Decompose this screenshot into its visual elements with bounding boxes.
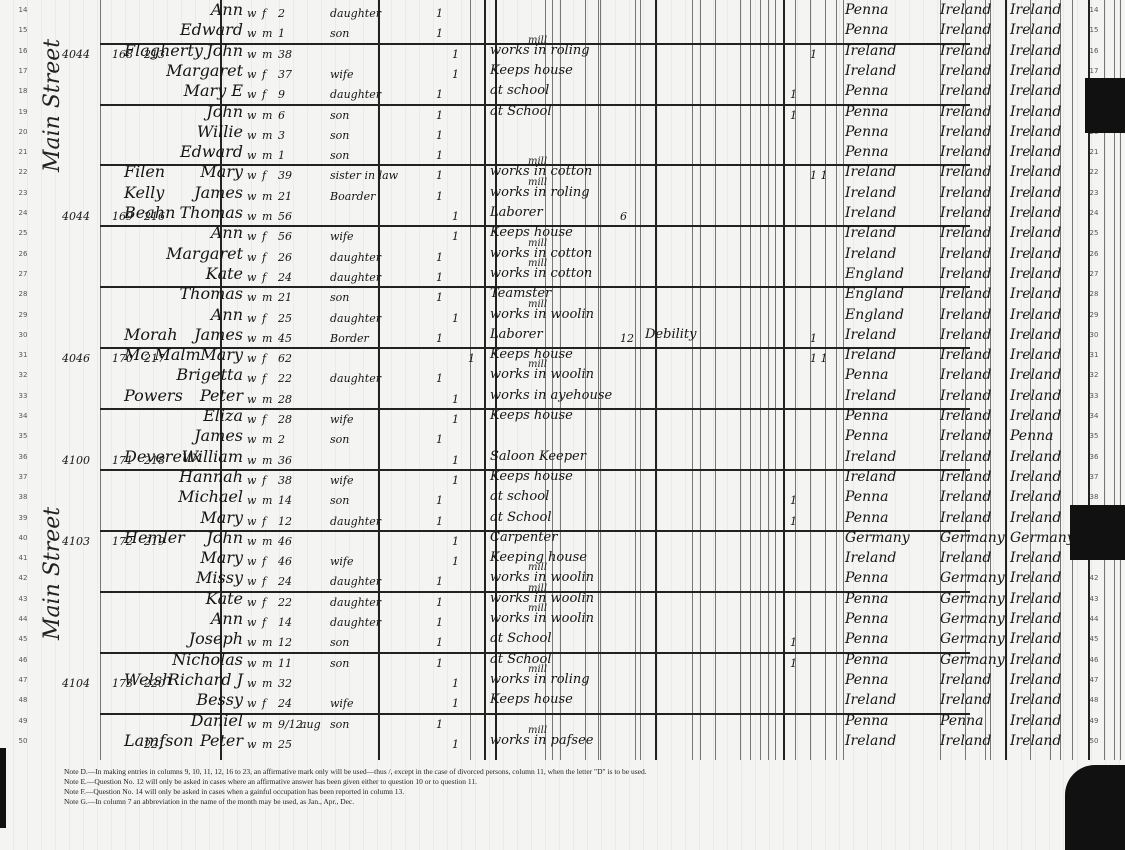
occupation: at school	[490, 81, 549, 101]
dwelling-number: 4046	[62, 349, 90, 369]
father-birthplace: Ireland	[940, 426, 991, 446]
occupation-annotation: mill	[528, 238, 547, 249]
birthplace: Penna	[845, 609, 888, 629]
single-mark: 1	[436, 187, 443, 207]
line-number: 44	[1083, 615, 1105, 623]
line-number: 25	[12, 229, 34, 237]
relation-to-head: son	[330, 106, 349, 126]
occupation-annotation: mill	[528, 562, 547, 573]
mother-birthplace: Ireland	[1010, 162, 1061, 182]
color: w	[247, 715, 256, 735]
age: 39	[278, 166, 292, 186]
relation-to-head: daughter	[330, 309, 381, 329]
father-birthplace: Germany	[940, 629, 1005, 649]
age: 62	[278, 349, 292, 369]
line-number: 16	[1083, 47, 1105, 55]
single-mark: 1	[436, 633, 443, 653]
grid-vertical-rule	[715, 0, 716, 760]
sex: m	[262, 187, 272, 207]
grid-vertical-rule	[843, 0, 844, 760]
birthplace: Penna	[845, 508, 888, 528]
color: w	[247, 430, 256, 450]
married-mark: 1	[452, 532, 459, 552]
line-number: 21	[1083, 148, 1105, 156]
birthplace: Penna	[845, 670, 888, 690]
relation-to-head: son	[330, 24, 349, 44]
occupation: Keeps house	[490, 690, 573, 710]
single-mark: 1	[436, 329, 443, 349]
mother-birthplace: Ireland	[1010, 0, 1061, 20]
birthplace: Germany	[845, 528, 910, 548]
birthplace: Ireland	[845, 548, 896, 568]
father-birthplace: Ireland	[940, 264, 991, 284]
given-name: Nicholas	[172, 650, 243, 670]
mother-birthplace: Ireland	[1010, 609, 1061, 629]
sex: f	[262, 349, 266, 369]
census-sheet: 1414Annwf2daughter1PennaIrelandIreland15…	[0, 0, 1125, 850]
father-birthplace: Ireland	[940, 508, 991, 528]
birthplace: Ireland	[845, 386, 896, 406]
given-name: Brigetta	[176, 365, 243, 385]
mother-birthplace: Ireland	[1010, 447, 1061, 467]
father-birthplace: Ireland	[940, 670, 991, 690]
relation-to-head: daughter	[330, 369, 381, 389]
line-number: 45	[1083, 635, 1105, 643]
birthplace: Ireland	[845, 223, 896, 243]
line-number: 36	[12, 453, 34, 461]
school-mark: 1	[790, 633, 797, 653]
father-birthplace: Germany	[940, 650, 1005, 670]
misc-mark: 1	[810, 45, 817, 65]
father-birthplace: Ireland	[940, 122, 991, 142]
grid-vertical-rule	[640, 0, 641, 760]
relation-to-head: son	[330, 715, 349, 735]
mother-birthplace: Ireland	[1010, 548, 1061, 568]
surname: Morah	[124, 325, 178, 345]
school-mark: 1	[790, 85, 797, 105]
given-name: Eliza	[203, 406, 243, 426]
line-number: 37	[1083, 473, 1105, 481]
line-number: 42	[1083, 574, 1105, 582]
age: 56	[278, 207, 292, 227]
birthplace: Penna	[845, 406, 888, 426]
age: 24	[278, 694, 292, 714]
line-number: 30	[12, 331, 34, 339]
sex: f	[262, 512, 266, 532]
given-name: Mary	[200, 508, 243, 528]
color: w	[247, 166, 256, 186]
sex: f	[262, 166, 266, 186]
dwelling-number: 4044	[62, 45, 90, 65]
age: 9	[278, 85, 285, 105]
sex: m	[262, 633, 272, 653]
occupation-annotation: mill	[528, 258, 547, 269]
sex: m	[262, 674, 272, 694]
mother-birthplace: Ireland	[1010, 223, 1061, 243]
color: w	[247, 146, 256, 166]
line-number: 49	[1083, 717, 1105, 725]
occupation: Saloon Keeper	[490, 447, 586, 467]
age: 2	[278, 430, 285, 450]
line-number: 14	[12, 6, 34, 14]
mother-birthplace: Ireland	[1010, 102, 1061, 122]
given-name: Ann	[211, 609, 243, 629]
married-mark: 1	[452, 390, 459, 410]
birthplace: Penna	[845, 589, 888, 609]
line-number: 44	[12, 615, 34, 623]
sex: m	[262, 491, 272, 511]
given-name: John	[206, 528, 243, 548]
line-number: 24	[12, 209, 34, 217]
age: 9/12	[278, 715, 303, 735]
given-name: Peter	[200, 386, 243, 406]
relation-to-head: daughter	[330, 593, 381, 613]
grid-vertical-rule	[740, 0, 741, 760]
mother-birthplace: Ireland	[1010, 122, 1061, 142]
color: w	[247, 24, 256, 44]
given-name: Richard J	[168, 670, 243, 690]
line-number: 28	[1083, 290, 1105, 298]
page-edge-shadow	[0, 748, 6, 828]
sex: m	[262, 715, 272, 735]
age: 24	[278, 268, 292, 288]
given-name: Ann	[211, 305, 243, 325]
line-number: 40	[12, 534, 34, 542]
line-number: 31	[1083, 351, 1105, 359]
relation-to-head: son	[330, 633, 349, 653]
sex: f	[262, 65, 266, 85]
line-number: 38	[1083, 493, 1105, 501]
age: 1	[278, 24, 285, 44]
line-number: 15	[12, 26, 34, 34]
grid-vertical-rule	[655, 0, 657, 760]
age: 12	[278, 633, 292, 653]
misc-mark: 1 1	[810, 349, 828, 369]
surname: Lamfson	[124, 731, 193, 751]
birthplace: Penna	[845, 20, 888, 40]
sex: m	[262, 288, 272, 308]
relation-to-head: wife	[330, 410, 354, 430]
line-number: 22	[1083, 168, 1105, 176]
birthplace: Ireland	[845, 183, 896, 203]
line-number: 17	[1083, 67, 1105, 75]
sex: m	[262, 532, 272, 552]
color: w	[247, 309, 256, 329]
given-name: Bessy	[196, 690, 243, 710]
mother-birthplace: Ireland	[1010, 345, 1061, 365]
birthplace: Penna	[845, 568, 888, 588]
age: 21	[278, 187, 292, 207]
line-number: 16	[12, 47, 34, 55]
mother-birthplace: Ireland	[1010, 690, 1061, 710]
age: 1	[278, 146, 285, 166]
relation-to-head: son	[330, 491, 349, 511]
occupation-annotation: mill	[528, 359, 547, 370]
line-number: 24	[1083, 209, 1105, 217]
note-d: Note D.—In making entries in columns 9, …	[64, 767, 964, 777]
line-number: 43	[1083, 595, 1105, 603]
mother-birthplace: Ireland	[1010, 142, 1061, 162]
line-number: 31	[12, 351, 34, 359]
grid-vertical-rule	[484, 0, 486, 760]
sex: f	[262, 268, 266, 288]
birthplace: Ireland	[845, 690, 896, 710]
line-number: 37	[12, 473, 34, 481]
line-number: 33	[1083, 392, 1105, 400]
father-birthplace: Ireland	[940, 142, 991, 162]
married-mark: 1	[452, 451, 459, 471]
relation-to-head: wife	[330, 694, 354, 714]
sex: m	[262, 24, 272, 44]
single-mark: 1	[436, 126, 443, 146]
sex: f	[262, 572, 266, 592]
father-birthplace: Ireland	[940, 81, 991, 101]
relation-to-head: daughter	[330, 4, 381, 24]
color: w	[247, 45, 256, 65]
single-mark: 1	[436, 268, 443, 288]
line-number: 30	[1083, 331, 1105, 339]
color: w	[247, 227, 256, 247]
birthplace: Penna	[845, 0, 888, 20]
relation-to-head: wife	[330, 471, 354, 491]
age: 26	[278, 248, 292, 268]
mother-birthplace: Ireland	[1010, 20, 1061, 40]
line-number: 39	[12, 514, 34, 522]
father-birthplace: Ireland	[940, 447, 991, 467]
misc-mark: 1	[810, 329, 817, 349]
age: 24	[278, 572, 292, 592]
sex: m	[262, 451, 272, 471]
grid-vertical-rule	[692, 0, 693, 760]
birthplace: Penna	[845, 711, 888, 731]
line-number: 48	[12, 696, 34, 704]
color: w	[247, 4, 256, 24]
surname: Hemler	[124, 528, 185, 548]
father-birthplace: Ireland	[940, 0, 991, 20]
line-number: 32	[1083, 371, 1105, 379]
surname: Kelly	[124, 183, 164, 203]
note-g: Note G.—In column 7 an abbreviation in t…	[64, 797, 964, 807]
age: 2	[278, 4, 285, 24]
color: w	[247, 207, 256, 227]
school-mark: 1	[790, 491, 797, 511]
sex: f	[262, 694, 266, 714]
father-birthplace: Germany	[940, 589, 1005, 609]
father-birthplace: Ireland	[940, 345, 991, 365]
color: w	[247, 654, 256, 674]
father-birthplace: Ireland	[940, 467, 991, 487]
misc-mark: 1 1	[810, 166, 828, 186]
given-name: Kate	[206, 264, 243, 284]
mother-birthplace: Ireland	[1010, 325, 1061, 345]
age: 28	[278, 390, 292, 410]
page-edge-shadow	[1065, 765, 1125, 850]
single-mark: 1	[436, 430, 443, 450]
occupation: at School	[490, 508, 551, 528]
line-number: 32	[12, 371, 34, 379]
occupation-annotation: mill	[528, 177, 547, 188]
occupation: works in ayehouse	[490, 386, 612, 406]
street-label-top: Main Street	[40, 39, 65, 172]
color: w	[247, 187, 256, 207]
married-mark: 1	[452, 309, 459, 329]
line-number: 21	[12, 148, 34, 156]
relation-to-head: daughter	[330, 613, 381, 633]
mother-birthplace: Ireland	[1010, 670, 1061, 690]
age: 32	[278, 674, 292, 694]
married-mark: 1	[452, 552, 459, 572]
age: 56	[278, 227, 292, 247]
occupation-annotation: mill	[528, 664, 547, 675]
mother-birthplace: Ireland	[1010, 731, 1061, 751]
mother-birthplace: Ireland	[1010, 467, 1061, 487]
grid-vertical-rule	[598, 0, 599, 760]
father-birthplace: Ireland	[940, 223, 991, 243]
grid-vertical-rule	[825, 0, 826, 760]
grid-vertical-rule	[635, 0, 636, 760]
age: 45	[278, 329, 292, 349]
father-birthplace: Germany	[940, 568, 1005, 588]
age: 36	[278, 451, 292, 471]
given-name: Daniel	[191, 711, 243, 731]
given-name: Joseph	[189, 629, 243, 649]
dwelling-number: 4103	[62, 532, 90, 552]
age: 28	[278, 410, 292, 430]
line-number: 22	[12, 168, 34, 176]
birthplace: Ireland	[845, 467, 896, 487]
widowed-mark: 1	[468, 349, 475, 369]
birthplace: Penna	[845, 122, 888, 142]
line-number: 47	[1083, 676, 1105, 684]
color: w	[247, 735, 256, 755]
relation-to-head: son	[330, 288, 349, 308]
age: 25	[278, 735, 292, 755]
birthplace: Penna	[845, 81, 888, 101]
color: w	[247, 410, 256, 430]
mother-birthplace: Ireland	[1010, 305, 1061, 325]
line-number: 47	[12, 676, 34, 684]
mother-birthplace: Ireland	[1010, 711, 1061, 731]
given-name: Kate	[206, 589, 243, 609]
father-birthplace: Penna	[940, 711, 983, 731]
color: w	[247, 106, 256, 126]
given-name: John	[206, 102, 243, 122]
sex: m	[262, 735, 272, 755]
grid-vertical-rule	[836, 0, 837, 760]
line-number: 23	[12, 189, 34, 197]
single-mark: 1	[436, 512, 443, 532]
mother-birthplace: Ireland	[1010, 406, 1061, 426]
birthplace: Ireland	[845, 731, 896, 751]
given-name: Ann	[211, 223, 243, 243]
line-number: 34	[12, 412, 34, 420]
single-mark: 1	[436, 613, 443, 633]
dwelling-number: 4044	[62, 207, 90, 227]
relation-to-head: son	[330, 654, 349, 674]
sex: f	[262, 227, 266, 247]
single-mark: 1	[436, 106, 443, 126]
age: 3	[278, 126, 285, 146]
grid-vertical-rule	[768, 0, 769, 760]
father-birthplace: Ireland	[940, 41, 991, 61]
occupation-annotation: mill	[528, 603, 547, 614]
father-birthplace: Ireland	[940, 690, 991, 710]
surname: Beahn	[124, 203, 175, 223]
sex: f	[262, 248, 266, 268]
occupation: Keeps house	[490, 467, 573, 487]
surname: Filen	[124, 162, 165, 182]
line-number: 38	[12, 493, 34, 501]
color: w	[247, 349, 256, 369]
relation-to-head: wife	[330, 65, 354, 85]
married-mark: 1	[452, 65, 459, 85]
married-mark: 1	[452, 45, 459, 65]
father-birthplace: Germany	[940, 528, 1005, 548]
sex: m	[262, 430, 272, 450]
line-number: 43	[12, 595, 34, 603]
dwelling-number: 4100	[62, 451, 90, 471]
single-mark: 1	[436, 248, 443, 268]
relation-to-head: sister in law	[330, 166, 398, 186]
birthplace: England	[845, 305, 904, 325]
mother-birthplace: Ireland	[1010, 284, 1061, 304]
married-mark: 1	[452, 674, 459, 694]
given-name: Margaret	[166, 61, 243, 81]
relation-to-head: daughter	[330, 512, 381, 532]
sex: m	[262, 207, 272, 227]
mother-birthplace: Ireland	[1010, 629, 1061, 649]
father-birthplace: Ireland	[940, 731, 991, 751]
birthplace: England	[845, 264, 904, 284]
birthplace: Penna	[845, 487, 888, 507]
father-birthplace: Ireland	[940, 386, 991, 406]
line-number: 15	[1083, 26, 1105, 34]
grid-vertical-rule	[810, 0, 811, 760]
line-number: 45	[12, 635, 34, 643]
single-mark: 1	[436, 85, 443, 105]
birthplace: Ireland	[845, 447, 896, 467]
birthplace: Ireland	[845, 41, 896, 61]
color: w	[247, 369, 256, 389]
grid-vertical-rule	[783, 0, 785, 760]
given-name: Mary	[200, 548, 243, 568]
color: w	[247, 471, 256, 491]
given-name: Edward	[180, 142, 243, 162]
age: 14	[278, 613, 292, 633]
line-number: 33	[12, 392, 34, 400]
given-name: Edward	[180, 20, 243, 40]
grid-vertical-rule	[760, 0, 761, 760]
age: 38	[278, 45, 292, 65]
color: w	[247, 613, 256, 633]
occupation: at school	[490, 487, 549, 507]
surname: Powers	[124, 386, 183, 406]
occupation-annotation: mill	[528, 725, 547, 736]
line-number: 23	[1083, 189, 1105, 197]
birthplace: Penna	[845, 426, 888, 446]
line-number: 36	[1083, 453, 1105, 461]
mother-birthplace: Ireland	[1010, 487, 1061, 507]
given-name: James	[194, 183, 243, 203]
line-number: 41	[12, 554, 34, 562]
father-birthplace: Ireland	[940, 365, 991, 385]
father-birthplace: Ireland	[940, 203, 991, 223]
sex: f	[262, 369, 266, 389]
sex: f	[262, 410, 266, 430]
birthplace: Ireland	[845, 203, 896, 223]
mother-birthplace: Penna	[1010, 426, 1053, 446]
age: 11	[278, 654, 292, 674]
